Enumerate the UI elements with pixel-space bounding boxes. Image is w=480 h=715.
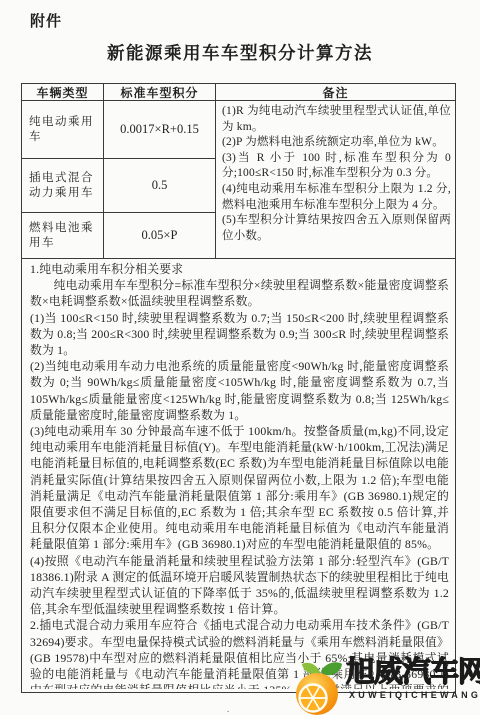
table-row-fcev-formula: 0.05×P [104, 213, 216, 258]
table-row-phev-formula: 0.5 [104, 159, 216, 213]
note-paragraph: (3)纯电动乘用车 30 分钟最高车速不低于 100km/h。按整备质量(m,k… [30, 423, 449, 553]
watermark-logo: 旭威汽车网 XUWEIQICHEWANG [291, 655, 480, 715]
table-row-bev-formula: 0.0017×R+0.15 [104, 101, 216, 159]
note-paragraph: 1.纯电动乘用车积分相关要求 [30, 261, 449, 277]
remark-item: (5)车型积分计算结果按四舍五入原则保留两位小数。 [222, 213, 451, 244]
table-row-fcev-type: 燃料电池乘用车 [22, 213, 104, 258]
remarks-cell: (1)R 为纯电动汽车续驶里程型式认证值,单位为 km。 (2)P 为燃料电池系… [216, 101, 455, 258]
remark-item: (3)当 R 小于 100 时,标准车型积分为 0 分;100≤R<150 时,… [222, 151, 451, 182]
remark-item: (1)R 为纯电动汽车续驶里程型式认证值,单位为 km。 [222, 104, 451, 135]
remark-item: (4)纯电动乘用车标准车型积分上限为 1.2 分,燃料电池乘用车标准车型积分上限… [222, 182, 451, 213]
credit-calculation-table: 车辆类型 标准车型积分 备注 纯电动乘用车 0.0017×R+0.15 (1)R… [21, 83, 456, 693]
note-paragraph: (4)按照《电动汽车能量消耗量和续驶里程试验方法第 1 部分:轻型汽车》(GB/… [30, 553, 449, 618]
table-row-phev-type: 插电式混合动力乘用车 [22, 159, 104, 213]
notes-section: 1.纯电动乘用车积分相关要求 纯电动乘用车车型积分=标准车型积分×续驶里程调整系… [22, 259, 455, 689]
attachment-label: 附件 [30, 10, 62, 31]
watermark-name: 旭威汽车网 [346, 655, 480, 689]
note-paragraph: 纯电动乘用车车型积分=标准车型积分×续驶里程调整系数×能量密度调整系数×电耗调整… [30, 277, 449, 309]
orange-fruit-icon [291, 659, 345, 715]
page-mark: . [227, 705, 229, 714]
watermark-text: 旭威汽车网 XUWEIQICHEWANG [346, 655, 480, 700]
column-header-standard-credit: 标准车型积分 [104, 84, 216, 101]
watermark-latin: XUWEIQICHEWANG [349, 690, 480, 700]
column-header-vehicle-type: 车辆类型 [22, 84, 104, 101]
note-paragraph: (2)当纯电动乘用车动力电池系统的质量能量密度<90Wh/kg 时,能量密度调整… [30, 358, 449, 423]
table-row-bev-type: 纯电动乘用车 [22, 101, 104, 159]
note-paragraph: (1)当 100≤R<150 时,续驶里程调整系数为 0.7;当 150≤R<2… [30, 310, 449, 359]
table-grid: 车辆类型 标准车型积分 备注 纯电动乘用车 0.0017×R+0.15 (1)R… [22, 84, 455, 259]
page-title: 新能源乘用车车型积分计算方法 [0, 40, 480, 65]
column-header-remarks: 备注 [216, 84, 455, 101]
remark-item: (2)P 为燃料电池系统额定功率,单位为 kW。 [222, 135, 451, 151]
